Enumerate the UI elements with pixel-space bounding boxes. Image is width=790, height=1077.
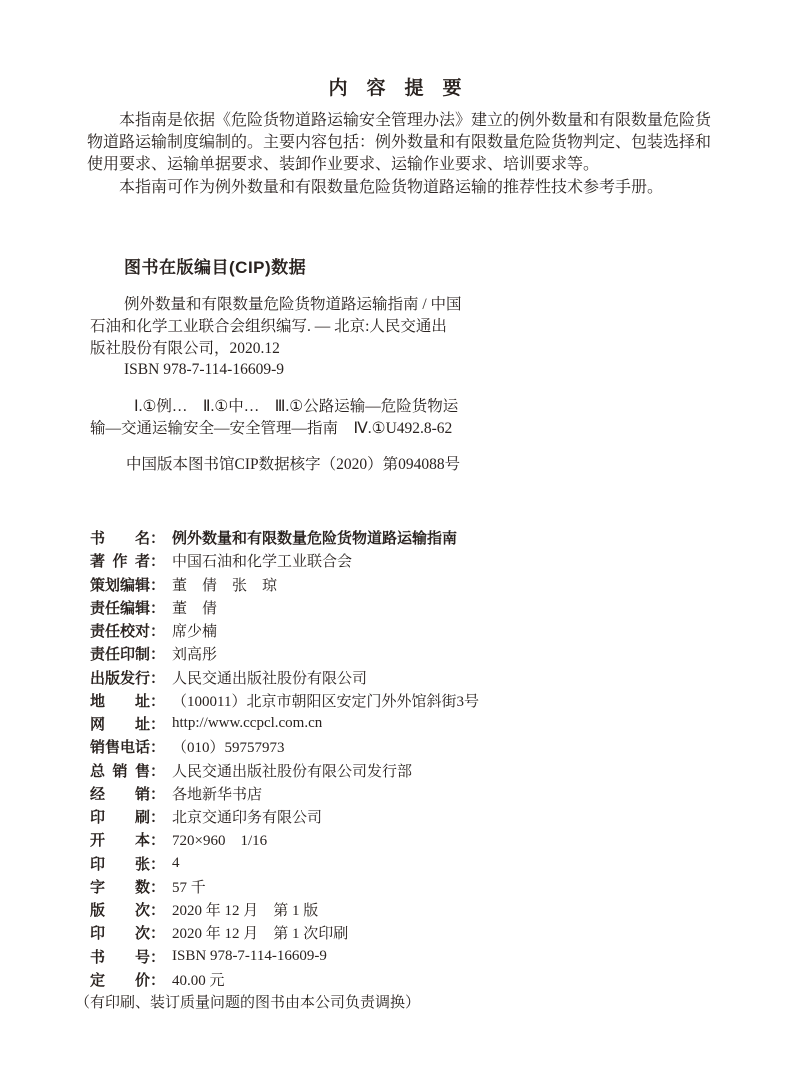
- colophon-row-general-distributor: 总销售：人民交通出版社股份有限公司发行部: [90, 759, 730, 782]
- colophon-label: 印刷: [90, 806, 150, 827]
- colophon-label: 著作者: [90, 550, 150, 571]
- colophon-colon: ：: [150, 736, 165, 757]
- colophon-label: 出版发行: [90, 667, 150, 688]
- colophon-value: 人民交通出版社股份有限公司发行部: [172, 760, 412, 781]
- colophon-row-book-title: 书名：例外数量和有限数量危险货物道路运输指南: [90, 526, 730, 549]
- colophon-row-print-supervisor: 责任印制：刘高彤: [90, 642, 730, 665]
- colophon-row-planning-editor: 策划编辑：董 倩 张 琼: [90, 573, 730, 596]
- colophon-row-isbn: 书号：ISBN 978-7-114-16609-9: [90, 945, 730, 968]
- colophon-colon: ：: [150, 899, 165, 920]
- colophon-row-publisher: 出版发行：人民交通出版社股份有限公司: [90, 666, 730, 689]
- colophon-label: 责任校对: [90, 620, 150, 641]
- colophon-value: 人民交通出版社股份有限公司: [172, 667, 367, 688]
- colophon-value: （100011）北京市朝阳区安定门外外馆斜街3号: [172, 690, 479, 711]
- colophon-colon: ：: [150, 713, 165, 734]
- colophon-label: 定价: [90, 969, 150, 990]
- colophon-row-distributor: 经销：各地新华书店: [90, 782, 730, 805]
- colophon-colon: ：: [150, 690, 165, 711]
- cip-record-line2: 石油和化学工业联合会组织编写. — 北京:人民交通出: [90, 316, 560, 338]
- colophon-label: 责任印制: [90, 643, 150, 664]
- cip-record: 例外数量和有限数量危险货物道路运输指南 / 中国 石油和化学工业联合会组织编写.…: [90, 294, 560, 381]
- colophon-row-printer: 印刷：北京交通印务有限公司: [90, 805, 730, 828]
- content-summary-title: 内容提要: [0, 73, 790, 100]
- colophon-row-impression: 印次：2020 年 12 月 第 1 次印刷: [90, 921, 730, 944]
- colophon-value: （010）59757973: [172, 736, 285, 757]
- summary-paragraph2: 本指南可作为例外数量和有限数量危险货物道路运输的推荐性技术参考手册。: [87, 177, 727, 199]
- cip-isbn-line: ISBN 978-7-114-16609-9: [90, 359, 560, 381]
- colophon-label: 销售电话: [90, 736, 150, 757]
- summary-paragraph1-line3: 使用要求、运输单据要求、装卸作业要求、运输作业要求、培训要求等。: [87, 154, 727, 176]
- colophon-value: 57 千: [172, 876, 206, 897]
- colophon-row-author: 著作者：中国石油和化学工业联合会: [90, 549, 730, 572]
- colophon-row-price: 定价：40.00 元: [90, 968, 730, 991]
- colophon-label: 书号: [90, 946, 150, 967]
- colophon-value: 董 倩 张 琼: [172, 574, 277, 595]
- colophon-colon: ：: [150, 783, 165, 804]
- colophon-value: 2020 年 12 月 第 1 次印刷: [172, 922, 348, 943]
- colophon-colon: ：: [150, 667, 165, 688]
- colophon-colon: ：: [150, 853, 165, 874]
- cip-record-line1: 例外数量和有限数量危险货物道路运输指南 / 中国: [90, 294, 560, 316]
- colophon-row-sheets: 印张：4: [90, 852, 730, 875]
- colophon-value: 例外数量和有限数量危险货物道路运输指南: [172, 527, 457, 548]
- colophon-row-responsible-editor: 责任编辑：董 倩: [90, 596, 730, 619]
- colophon-colon: ：: [150, 643, 165, 664]
- colophon-list: 书名：例外数量和有限数量危险货物道路运输指南 著作者：中国石油和化学工业联合会 …: [90, 526, 730, 991]
- colophon-label: 经销: [90, 783, 150, 804]
- colophon-row-proofreader: 责任校对：席少楠: [90, 619, 730, 642]
- colophon-value: 2020 年 12 月 第 1 版: [172, 899, 318, 920]
- colophon-row-edition: 版次：2020 年 12 月 第 1 版: [90, 898, 730, 921]
- colophon-value: 中国石油和化学工业联合会: [172, 550, 352, 571]
- colophon-colon: ：: [150, 527, 165, 548]
- colophon-value: ISBN 978-7-114-16609-9: [172, 948, 327, 965]
- colophon-row-website: 网址：http://www.ccpcl.com.cn: [90, 712, 730, 735]
- cip-class-line2: 输—交通运输安全—安全管理—指南 Ⅳ.①U492.8-62: [90, 418, 590, 440]
- colophon-value: 北京交通印务有限公司: [172, 806, 322, 827]
- colophon-value: 董 倩: [172, 597, 217, 618]
- colophon-colon: ：: [150, 876, 165, 897]
- colophon-value: 720×960 1/16: [172, 829, 267, 850]
- colophon-colon: ：: [150, 969, 165, 990]
- cip-class-line1: Ⅰ.①例… Ⅱ.①中… Ⅲ.①公路运输—危险货物运: [90, 396, 590, 418]
- colophon-colon: ：: [150, 922, 165, 943]
- colophon-label: 字数: [90, 876, 150, 897]
- colophon-colon: ：: [150, 760, 165, 781]
- colophon-value: 刘高彤: [172, 643, 217, 664]
- summary-paragraph1-line2: 物道路运输制度编制的。主要内容包括：例外数量和有限数量危险货物判定、包装选择和: [87, 132, 727, 154]
- book-copyright-page: 内容提要 本指南是依据《危险货物道路运输安全管理办法》建立的例外数量和有限数量危…: [0, 0, 790, 1077]
- colophon-value: 40.00 元: [172, 969, 225, 990]
- colophon-value: 4: [172, 855, 180, 872]
- colophon-label: 地址: [90, 690, 150, 711]
- colophon-colon: ：: [150, 806, 165, 827]
- colophon-row-format: 开本：720×960 1/16: [90, 828, 730, 851]
- colophon-value: 席少楠: [172, 620, 217, 641]
- cip-record-number: 中国版本图书馆CIP数据核字（2020）第094088号: [90, 454, 460, 476]
- colophon-value: 各地新华书店: [172, 783, 262, 804]
- cip-classification: Ⅰ.①例… Ⅱ.①中… Ⅲ.①公路运输—危险货物运 输—交通运输安全—安全管理—…: [90, 396, 590, 440]
- colophon-label: 策划编辑: [90, 574, 150, 595]
- colophon-label: 总销售: [90, 760, 150, 781]
- colophon-row-address: 地址：（100011）北京市朝阳区安定门外外馆斜街3号: [90, 689, 730, 712]
- colophon-label: 网址: [90, 713, 150, 734]
- cip-record-line3: 版社股份有限公司，2020.12: [90, 338, 560, 360]
- colophon-label: 印次: [90, 922, 150, 943]
- content-summary-text: 本指南是依据《危险货物道路运输安全管理办法》建立的例外数量和有限数量危险货 物道…: [87, 110, 727, 199]
- colophon-colon: ：: [150, 597, 165, 618]
- colophon-row-word-count: 字数：57 千: [90, 875, 730, 898]
- colophon-label: 责任编辑: [90, 597, 150, 618]
- colophon-label: 开本: [90, 829, 150, 850]
- colophon-colon: ：: [150, 574, 165, 595]
- colophon-label: 书名: [90, 527, 150, 548]
- colophon-value: http://www.ccpcl.com.cn: [172, 715, 322, 732]
- colophon-label: 版次: [90, 899, 150, 920]
- quality-exchange-note: （有印刷、装订质量问题的图书由本公司负责调换）: [75, 992, 420, 1014]
- colophon-colon: ：: [150, 620, 165, 641]
- colophon-colon: ：: [150, 946, 165, 967]
- colophon-row-sales-phone: 销售电话：（010）59757973: [90, 735, 730, 758]
- cip-heading: 图书在版编目(CIP)数据: [124, 253, 306, 278]
- colophon-label: 印张: [90, 853, 150, 874]
- colophon-colon: ：: [150, 550, 165, 571]
- colophon-colon: ：: [150, 829, 165, 850]
- summary-paragraph1-line1: 本指南是依据《危险货物道路运输安全管理办法》建立的例外数量和有限数量危险货: [87, 110, 727, 132]
